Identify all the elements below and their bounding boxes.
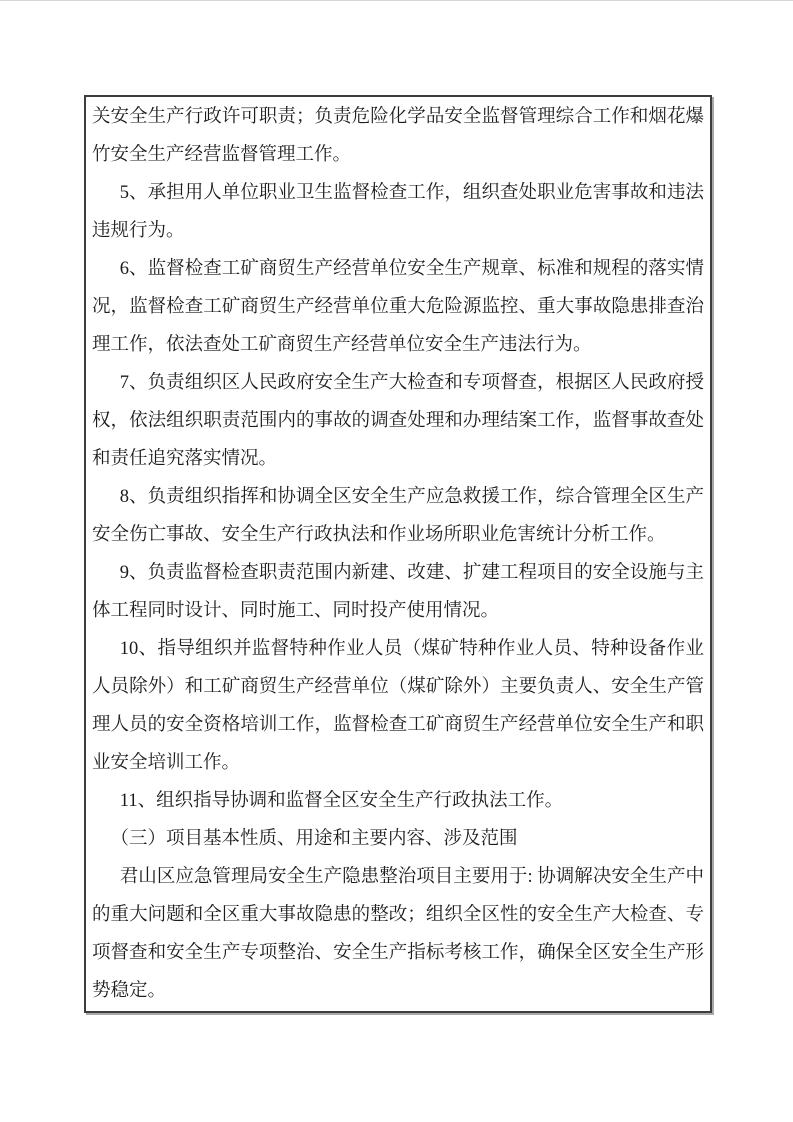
page-top-edge-line xyxy=(0,0,793,1)
paragraph-project-description: 君山区应急管理局安全生产隐患整治项目主要用于: 协调解决安全生产中的重大问题和全… xyxy=(92,858,704,1010)
paragraph-duty-5: 5、承担用人单位职业卫生监督检查工作，组织查处职业危害事故和违法违规行为。 xyxy=(92,174,704,250)
paragraph-duty-7: 7、负责组织区人民政府安全生产大检查和专项督查，根据区人民政府授权，依法组织职责… xyxy=(92,364,704,478)
paragraph-duty-6: 6、监督检查工矿商贸生产经营单位安全生产规章、标准和规程的落实情况，监督检查工矿… xyxy=(92,250,704,364)
paragraph-duty-10: 10、指导组织并监督特种作业人员（煤矿特种作业人员、特种设备作业人员除外）和工矿… xyxy=(92,630,704,782)
paragraph-duty-8: 8、负责组织指挥和协调全区安全生产应急救援工作，综合管理全区生产安全伤亡事故、安… xyxy=(92,478,704,554)
paragraph-duty-11: 11、组织指导协调和监督全区安全生产行政执法工作。 xyxy=(92,782,704,820)
section-heading-three: （三）项目基本性质、用途和主要内容、涉及范围 xyxy=(92,820,704,858)
paragraph-carryover: 关安全生产行政许可职责；负责危险化学品安全监督管理综合工作和烟花爆竹安全生产经营… xyxy=(92,98,704,174)
paragraph-duty-9: 9、负责监督检查职责范围内新建、改建、扩建工程项目的安全设施与主体工程同时设计、… xyxy=(92,554,704,630)
content-table-cell: 关安全生产行政许可职责；负责危险化学品安全监督管理综合工作和烟花爆竹安全生产经营… xyxy=(84,95,712,1013)
document-page: 关安全生产行政许可职责；负责危险化学品安全监督管理综合工作和烟花爆竹安全生产经营… xyxy=(0,0,793,1122)
